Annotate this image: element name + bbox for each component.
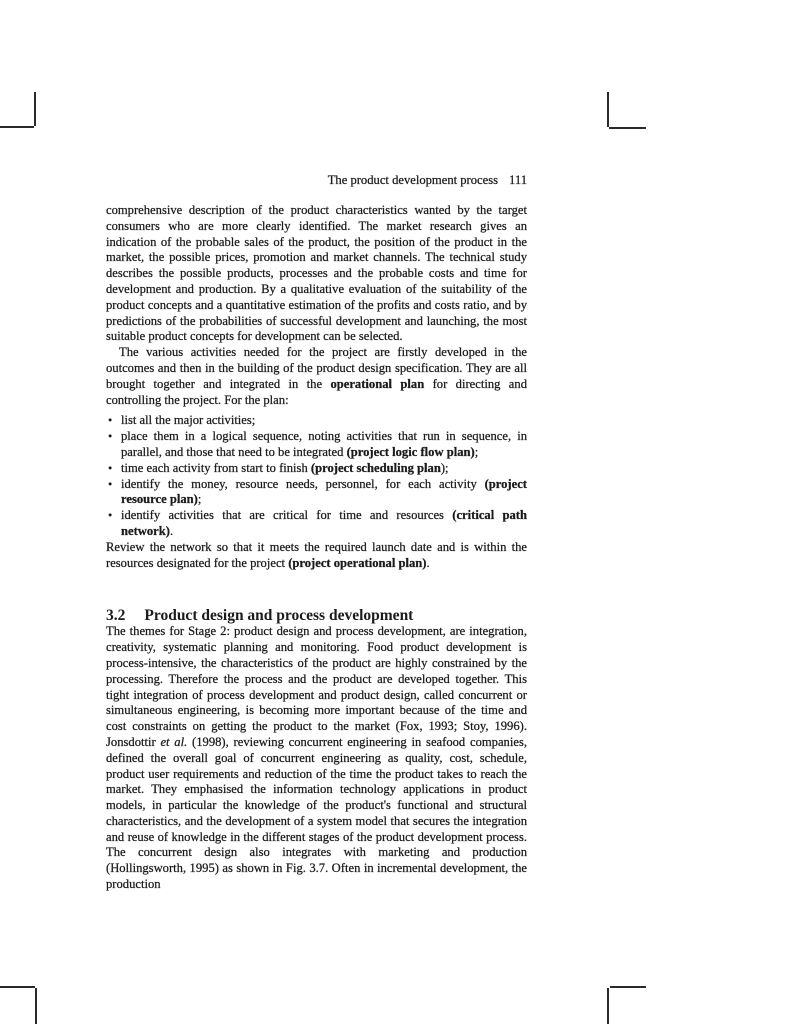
- bullet-icon: •: [108, 429, 112, 445]
- bullet-icon: •: [108, 413, 112, 429]
- plan-bullet-list: • list all the major activities; • place…: [106, 413, 527, 539]
- section-heading: 3.2Product design and process developmen…: [106, 607, 527, 624]
- bullet-text: place them in a logical sequence, noting…: [121, 429, 527, 459]
- bullet-text: identify the money, resource needs, pers…: [121, 477, 527, 507]
- crop-mark-top-right-vertical: [607, 92, 609, 127]
- bullet-text: time each activity from start to finish …: [121, 461, 449, 475]
- crop-mark-top-left-vertical: [34, 92, 36, 126]
- paragraph-stage2-themes: The themes for Stage 2: product design a…: [106, 624, 527, 893]
- paragraph-review-network: Review the network so that it meets the …: [106, 540, 527, 572]
- bullet-text: identify activities that are critical fo…: [121, 508, 527, 538]
- bullet-text: list all the major activities;: [121, 413, 255, 427]
- bullet-item: • place them in a logical sequence, noti…: [106, 429, 527, 461]
- crop-mark-bottom-left-horizontal: [0, 986, 35, 988]
- bullet-item: • identify activities that are critical …: [106, 508, 527, 540]
- page-number: 111: [509, 173, 527, 187]
- running-head: The product development process111: [106, 173, 527, 188]
- section-title: Product design and process development: [144, 607, 413, 624]
- bullet-icon: •: [108, 477, 112, 493]
- section-number: 3.2: [106, 607, 125, 624]
- running-head-title: The product development process: [328, 173, 498, 187]
- crop-mark-bottom-left-vertical: [35, 988, 37, 1024]
- crop-mark-top-left-horizontal: [0, 126, 34, 128]
- scanned-book-page: The product development process111 compr…: [0, 0, 791, 1024]
- paragraph-operational-plan: The various activities needed for the pr…: [106, 345, 527, 408]
- paragraph-continued-from-previous-page: comprehensive description of the product…: [106, 203, 527, 345]
- bullet-item: • list all the major activities;: [106, 413, 527, 429]
- text-column: comprehensive description of the product…: [106, 203, 527, 893]
- bullet-icon: •: [108, 508, 112, 524]
- crop-mark-top-right-horizontal: [609, 127, 646, 129]
- bullet-item: • identify the money, resource needs, pe…: [106, 477, 527, 509]
- bullet-icon: •: [108, 461, 112, 477]
- bullet-item: • time each activity from start to finis…: [106, 461, 527, 477]
- crop-mark-bottom-right-horizontal: [610, 986, 646, 988]
- crop-mark-bottom-right-vertical: [607, 988, 609, 1024]
